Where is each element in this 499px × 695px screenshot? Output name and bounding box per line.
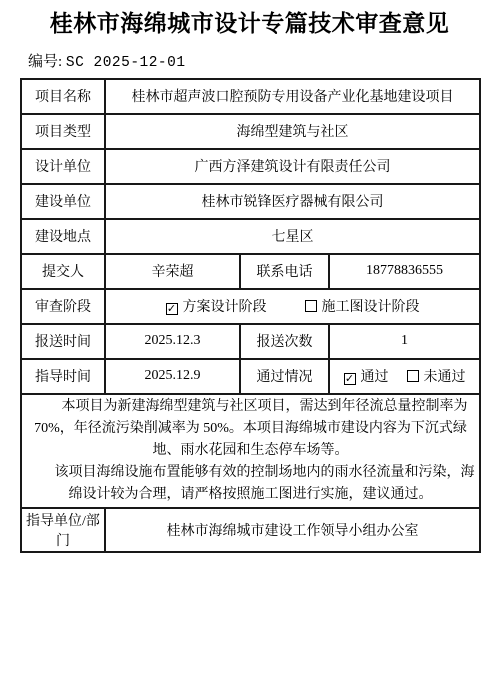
phone-label: 联系电话 <box>240 254 329 289</box>
table-row-design-unit: 设计单位 广西方泽建筑设计有限责任公司 <box>21 149 480 184</box>
project-name-value: 桂林市超声波口腔预防专用设备产业化基地建设项目 <box>105 79 480 114</box>
table-row-guide-date: 指导时间 2025.12.9 通过情况 通过未通过 <box>21 359 480 394</box>
pass-option-checked: 通过 <box>344 370 389 385</box>
table-row-build-unit: 建设单位 桂林市锐锋医疗器械有限公司 <box>21 184 480 219</box>
document-number-value: SC 2025-12-01 <box>66 55 186 71</box>
review-opinion-cell: 本项目为新建海绵型建筑与社区项目，需达到年径流总量控制率为 70%，年径流污染削… <box>21 394 480 508</box>
table-row-guide-unit: 指导单位/部门 桂林市海绵城市建设工作领导小组办公室 <box>21 508 480 552</box>
table-row-location: 建设地点 七星区 <box>21 219 480 254</box>
guide-date-value: 2025.12.9 <box>105 359 240 394</box>
table-row-project-type: 项目类型 海绵型建筑与社区 <box>21 114 480 149</box>
document-number-line: 编号: SC 2025-12-01 <box>28 50 499 71</box>
review-stage-options: 方案设计阶段施工图设计阶段 <box>105 289 480 324</box>
checkbox-unchecked-icon <box>407 370 419 382</box>
pass-checked-label: 通过 <box>361 370 389 385</box>
review-form-table: 项目名称 桂林市超声波口腔预防专用设备产业化基地建设项目 项目类型 海绵型建筑与… <box>20 78 481 553</box>
review-stage-option-checked: 方案设计阶段 <box>166 300 267 315</box>
review-stage-unchecked-label: 施工图设计阶段 <box>322 300 420 315</box>
review-stage-label: 审查阶段 <box>21 289 105 324</box>
guide-unit-value: 桂林市海绵城市建设工作领导小组办公室 <box>105 508 480 552</box>
pass-unchecked-label: 未通过 <box>424 370 466 385</box>
table-row-opinion: 本项目为新建海绵型建筑与社区项目，需达到年径流总量控制率为 70%，年径流污染削… <box>21 394 480 508</box>
review-stage-checked-label: 方案设计阶段 <box>183 300 267 315</box>
submit-date-value: 2025.12.3 <box>105 324 240 359</box>
checkbox-checked-icon <box>166 303 178 315</box>
design-unit-label: 设计单位 <box>21 149 105 184</box>
opinion-paragraph-2: 该项目海绵设施布置能够有效的控制场地内的雨水径流量和污染，海绵设计较为合理，请严… <box>25 462 476 506</box>
submit-count-value: 1 <box>329 324 480 359</box>
submitter-value: 辛荣超 <box>105 254 240 289</box>
submitter-label: 提交人 <box>21 254 105 289</box>
project-type-value: 海绵型建筑与社区 <box>105 114 480 149</box>
submit-date-label: 报送时间 <box>21 324 105 359</box>
review-stage-option-unchecked: 施工图设计阶段 <box>305 300 420 315</box>
pass-status-options: 通过未通过 <box>329 359 480 394</box>
build-unit-value: 桂林市锐锋医疗器械有限公司 <box>105 184 480 219</box>
build-unit-label: 建设单位 <box>21 184 105 219</box>
table-row-project-name: 项目名称 桂林市超声波口腔预防专用设备产业化基地建设项目 <box>21 79 480 114</box>
document-page: 桂林市海绵城市设计专篇技术审查意见 编号: SC 2025-12-01 项目名称… <box>0 0 499 695</box>
pass-status-label: 通过情况 <box>240 359 329 394</box>
location-value: 七星区 <box>105 219 480 254</box>
guide-date-label: 指导时间 <box>21 359 105 394</box>
guide-unit-label: 指导单位/部门 <box>21 508 105 552</box>
checkbox-checked-icon <box>344 373 356 385</box>
design-unit-value: 广西方泽建筑设计有限责任公司 <box>105 149 480 184</box>
project-type-label: 项目类型 <box>21 114 105 149</box>
opinion-paragraph-1: 本项目为新建海绵型建筑与社区项目，需达到年径流总量控制率为 70%，年径流污染削… <box>25 396 476 462</box>
table-row-review-stage: 审查阶段 方案设计阶段施工图设计阶段 <box>21 289 480 324</box>
pass-option-unchecked: 未通过 <box>407 370 466 385</box>
document-number-label: 编号: <box>28 54 62 70</box>
phone-value: 18778836555 <box>329 254 480 289</box>
table-row-submit-date: 报送时间 2025.12.3 报送次数 1 <box>21 324 480 359</box>
location-label: 建设地点 <box>21 219 105 254</box>
checkbox-unchecked-icon <box>305 300 317 312</box>
page-title: 桂林市海绵城市设计专篇技术审查意见 <box>0 9 499 39</box>
table-row-submitter: 提交人 辛荣超 联系电话 18778836555 <box>21 254 480 289</box>
submit-count-label: 报送次数 <box>240 324 329 359</box>
project-name-label: 项目名称 <box>21 79 105 114</box>
